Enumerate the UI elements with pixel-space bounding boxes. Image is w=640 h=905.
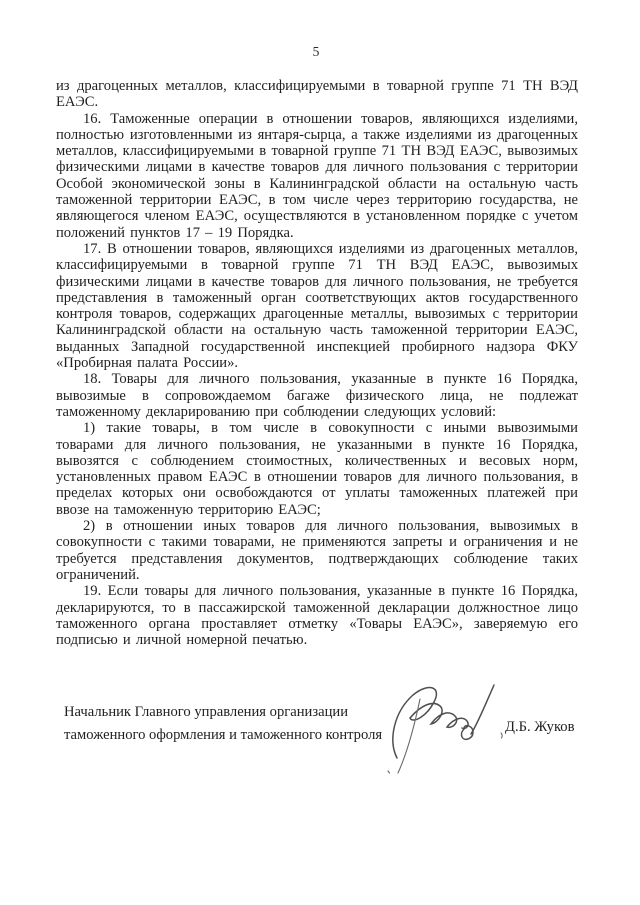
paragraph-19: 19. Если товары для личного пользования,… [56,583,578,648]
document-body: из драгоценных металлов, классифицируемы… [56,78,578,648]
paragraph-18-condition-1: 1) такие товары, в том числе в совокупно… [56,420,578,518]
paragraph-15-continuation: из драгоценных металлов, классифицируемы… [56,78,578,111]
signatory-role-line2: таможенного оформления и таможенного кон… [64,724,424,747]
signatory-role-line1: Начальник Главного управления организаци… [64,701,424,724]
paragraph-18: 18. Товары для личного пользования, указ… [56,371,578,420]
signatory-name: Д.Б. Жуков [505,719,574,736]
paragraph-17: 17. В отношении товаров, являющихся изде… [56,241,578,371]
page-number: 5 [0,44,632,60]
paragraph-16: 16. Таможенные операции в отношении това… [56,111,578,241]
handwritten-signature-icon [383,678,511,780]
signatory-role: Начальник Главного управления организаци… [64,701,424,747]
paragraph-18-condition-2: 2) в отношении иных товаров для личного … [56,518,578,583]
